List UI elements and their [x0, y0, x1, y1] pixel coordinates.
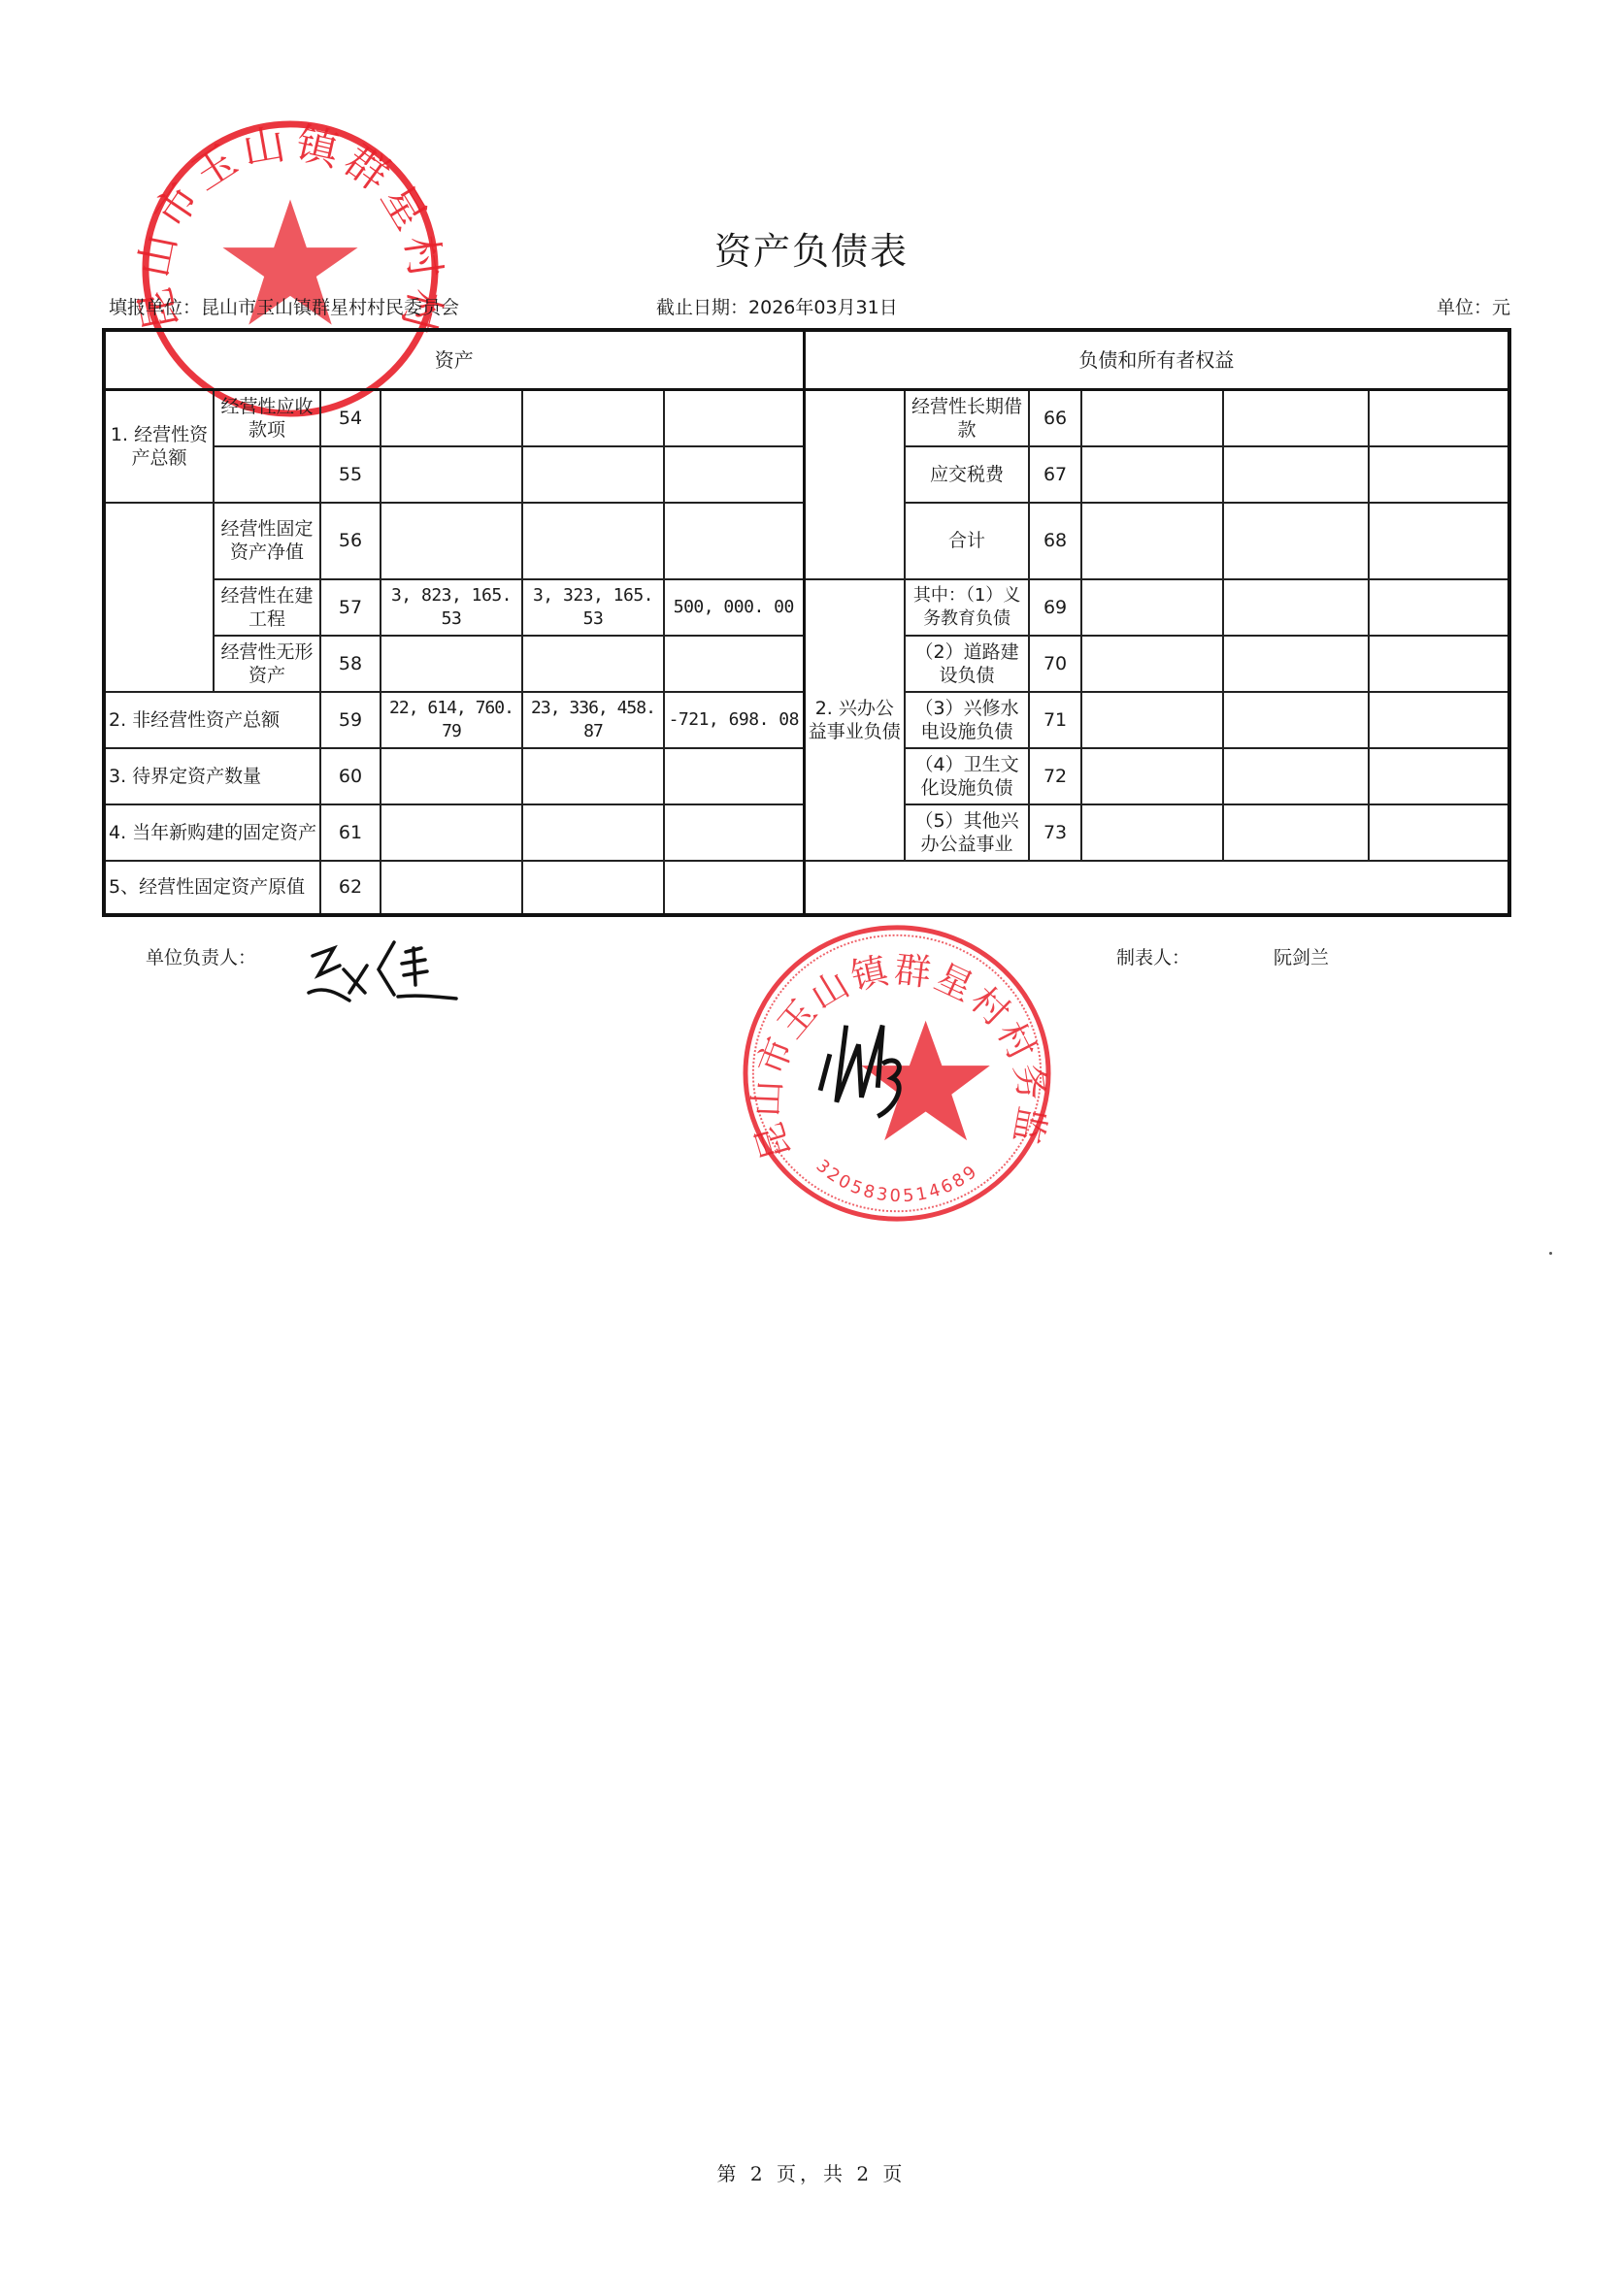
liabilities-header: 负债和所有者权益: [804, 330, 1509, 390]
value-cell: [381, 446, 522, 503]
page-title: 资产负债表: [0, 221, 1623, 275]
value-cell: [664, 861, 804, 915]
liabilities-blank-row: [804, 861, 1509, 915]
currency-unit: 单位：元: [1437, 293, 1510, 319]
row-label: 应交税费: [905, 446, 1029, 503]
line-number: 70: [1029, 636, 1081, 692]
deadline-date: 截止日期：2026年03月31日: [656, 293, 898, 319]
value-cell: [1081, 636, 1223, 692]
value-cell: [1223, 636, 1369, 692]
value-cell: [1223, 503, 1369, 579]
value-cell: [522, 503, 664, 579]
group-label-continuation-blank: [104, 503, 214, 692]
value-cell: [1081, 748, 1223, 804]
line-number: 59: [320, 692, 381, 748]
value-cell: [664, 748, 804, 804]
line-number: 68: [1029, 503, 1081, 579]
deadline-value: 2026年03月31日: [748, 297, 898, 318]
value-cell: 23, 336, 458. 87: [522, 692, 664, 748]
responsible-person-label: 单位负责人：: [146, 943, 256, 969]
value-cell: [1369, 748, 1509, 804]
line-number: 57: [320, 579, 381, 636]
scan-speck: [1549, 1252, 1552, 1255]
page-footer: 第 2 页，共 2 页: [0, 2158, 1623, 2186]
row-label: （3）兴修水电设施负债: [905, 692, 1029, 748]
line-number: 62: [320, 861, 381, 915]
reporting-unit-value: 昆山市玉山镇群星村村民委员会: [201, 297, 459, 318]
table-maker-name: 阮剑兰: [1274, 943, 1329, 969]
star-icon: [861, 1021, 989, 1140]
currency-label: 单位：: [1437, 297, 1492, 318]
row-label: 2. 非经营性资产总额: [104, 692, 320, 748]
group-label-operating-assets: 1. 经营性资产总额: [104, 390, 214, 503]
handwritten-signature: [820, 1026, 899, 1117]
value-cell: -721, 698. 08: [664, 692, 804, 748]
value-cell: [522, 636, 664, 692]
value-cell: [1369, 692, 1509, 748]
value-cell: 500, 000. 00: [664, 579, 804, 636]
row-label: （5）其他兴办公益事业: [905, 804, 1029, 861]
value-cell: [381, 748, 522, 804]
value-cell: [1223, 748, 1369, 804]
row-label: 经营性固定资产净值: [214, 503, 320, 579]
row-label: 经营性无形资产: [214, 636, 320, 692]
svg-text:昆山市玉山镇群星村村务监督委员会: 昆山市玉山镇群星村村务监督委员会: [738, 920, 1054, 1164]
value-cell: [664, 804, 804, 861]
row-label: 5、经营性固定资产原值: [104, 861, 320, 915]
table-maker-label: 制表人：: [1116, 943, 1190, 969]
value-cell: [1223, 804, 1369, 861]
value-cell: [522, 446, 664, 503]
value-cell: [381, 390, 522, 446]
value-cell: [381, 861, 522, 915]
row-label: （2）道路建设负债: [905, 636, 1029, 692]
value-cell: [1369, 636, 1509, 692]
value-cell: [1081, 446, 1223, 503]
reporting-unit: 填报单位：昆山市玉山镇群星村村民委员会: [109, 293, 459, 319]
line-number: 60: [320, 748, 381, 804]
row-label: 4. 当年新购建的固定资产: [104, 804, 320, 861]
value-cell: [664, 636, 804, 692]
balance-sheet-table: 资产 负债和所有者权益 1. 经营性资产总额 经营性应收款项 54 经营性长期借…: [102, 328, 1511, 917]
value-cell: [1223, 390, 1369, 446]
value-cell: [1081, 390, 1223, 446]
assets-header: 资产: [104, 330, 804, 390]
line-number: 54: [320, 390, 381, 446]
row-label: [214, 446, 320, 503]
value-cell: [522, 748, 664, 804]
value-cell: [522, 804, 664, 861]
line-number: 73: [1029, 804, 1081, 861]
value-cell: [522, 861, 664, 915]
value-cell: [1223, 446, 1369, 503]
reporting-unit-label: 填报单位：: [109, 297, 201, 318]
value-cell: [1369, 390, 1509, 446]
line-number: 67: [1029, 446, 1081, 503]
line-number: 56: [320, 503, 381, 579]
value-cell: [664, 390, 804, 446]
row-label: （4）卫生文化设施负债: [905, 748, 1029, 804]
value-cell: [381, 503, 522, 579]
row-label: 经营性长期借款: [905, 390, 1029, 446]
line-number: 72: [1029, 748, 1081, 804]
value-cell: [1223, 692, 1369, 748]
value-cell: [1081, 579, 1223, 636]
line-number: 61: [320, 804, 381, 861]
table-row: 5、经营性固定资产原值 62: [104, 861, 1509, 915]
value-cell: 22, 614, 760. 79: [381, 692, 522, 748]
line-number: 69: [1029, 579, 1081, 636]
value-cell: [1081, 503, 1223, 579]
value-cell: [1369, 503, 1509, 579]
row-label: 经营性应收款项: [214, 390, 320, 446]
value-cell: 3, 823, 165. 53: [381, 579, 522, 636]
line-number: 66: [1029, 390, 1081, 446]
value-cell: [664, 446, 804, 503]
row-label: 合计: [905, 503, 1029, 579]
value-cell: 3, 323, 165. 53: [522, 579, 664, 636]
value-cell: [1081, 804, 1223, 861]
responsible-person-signature: [301, 936, 466, 1014]
value-cell: [664, 503, 804, 579]
line-number: 71: [1029, 692, 1081, 748]
table-header-row: 资产 负债和所有者权益: [104, 330, 1509, 390]
table-row: 1. 经营性资产总额 经营性应收款项 54 经营性长期借款 66: [104, 390, 1509, 446]
supervision-committee-seal: 昆山市玉山镇群星村村务监督委员会 3205830514689: [738, 920, 1056, 1227]
value-cell: [1369, 579, 1509, 636]
row-label: 经营性在建工程: [214, 579, 320, 636]
value-cell: [1081, 692, 1223, 748]
value-cell: [1369, 446, 1509, 503]
row-label: 3. 待界定资产数量: [104, 748, 320, 804]
currency-value: 元: [1492, 297, 1510, 318]
line-number: 55: [320, 446, 381, 503]
svg-text:3205830514689: 3205830514689: [812, 1157, 983, 1207]
value-cell: [381, 636, 522, 692]
deadline-label: 截止日期：: [656, 297, 748, 318]
line-number: 58: [320, 636, 381, 692]
value-cell: [381, 804, 522, 861]
row-label: 其中：（1）义务教育负债: [905, 579, 1029, 636]
value-cell: [1369, 804, 1509, 861]
value-cell: [522, 390, 664, 446]
liabilities-top-group-blank: [804, 390, 905, 579]
group-label-public-welfare-liabilities: 2. 兴办公益事业负债: [804, 579, 905, 861]
table-row: 经营性在建工程 57 3, 823, 165. 53 3, 323, 165. …: [104, 579, 1509, 636]
value-cell: [1223, 579, 1369, 636]
